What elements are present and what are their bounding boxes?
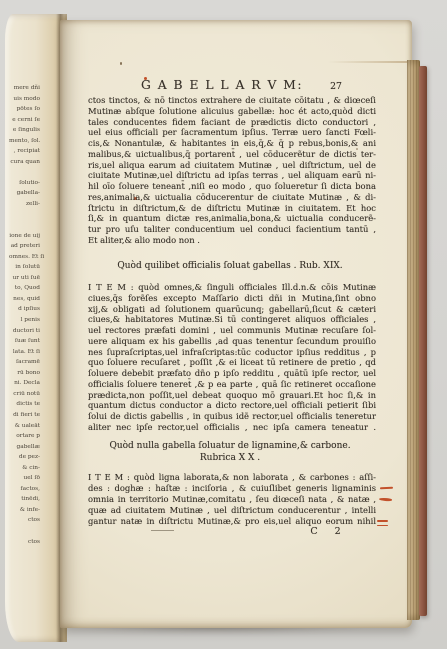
paragraph-rubric20-body: I T E M : quòd ligna laborata,& non labo… (88, 472, 376, 527)
page-number: 27 (318, 81, 354, 92)
book-photograph: mere dñiuis modopōtes ſoe cerni ſee ſing… (0, 0, 447, 649)
facing-page-text-fragments: mere dñiuis modopōtes ſoe cerni ſee ſing… (9, 83, 40, 547)
signature-mark: C 2 (305, 526, 353, 537)
rubric-20-heading-line1: Quòd nulla gabella ſoluatur de lignamine… (80, 441, 380, 451)
book-page: G A B E L L A R V M: 27 ctos tinctos, & … (60, 20, 412, 628)
book-cover-edge (419, 66, 427, 616)
foxing-speck (120, 62, 122, 65)
red-margin-dash (379, 497, 392, 501)
running-title: G A B E L L A R V M: (88, 78, 356, 92)
rubric-19-heading: Quòd quilibet officialis ſoluat gabellas… (80, 261, 380, 271)
red-margin-double-dash-bottom (377, 525, 388, 527)
paragraph-rubric18-body: ctos tinctos, & nō tinctos extrahere de … (88, 95, 376, 235)
red-margin-double-dash-top (377, 520, 388, 522)
paragraph-rubric18-last-line: Et aliter,& alio modo non . (88, 235, 376, 246)
paragraph-rubric19-body: I T E M : quòd omnes,& ſinguli officiale… (88, 282, 376, 433)
leaf-top-edge (328, 61, 412, 63)
rubric-20-heading-line2: Rubrica X X . (80, 453, 380, 463)
pencil-underline (151, 530, 174, 531)
red-margin-dash (380, 487, 393, 490)
